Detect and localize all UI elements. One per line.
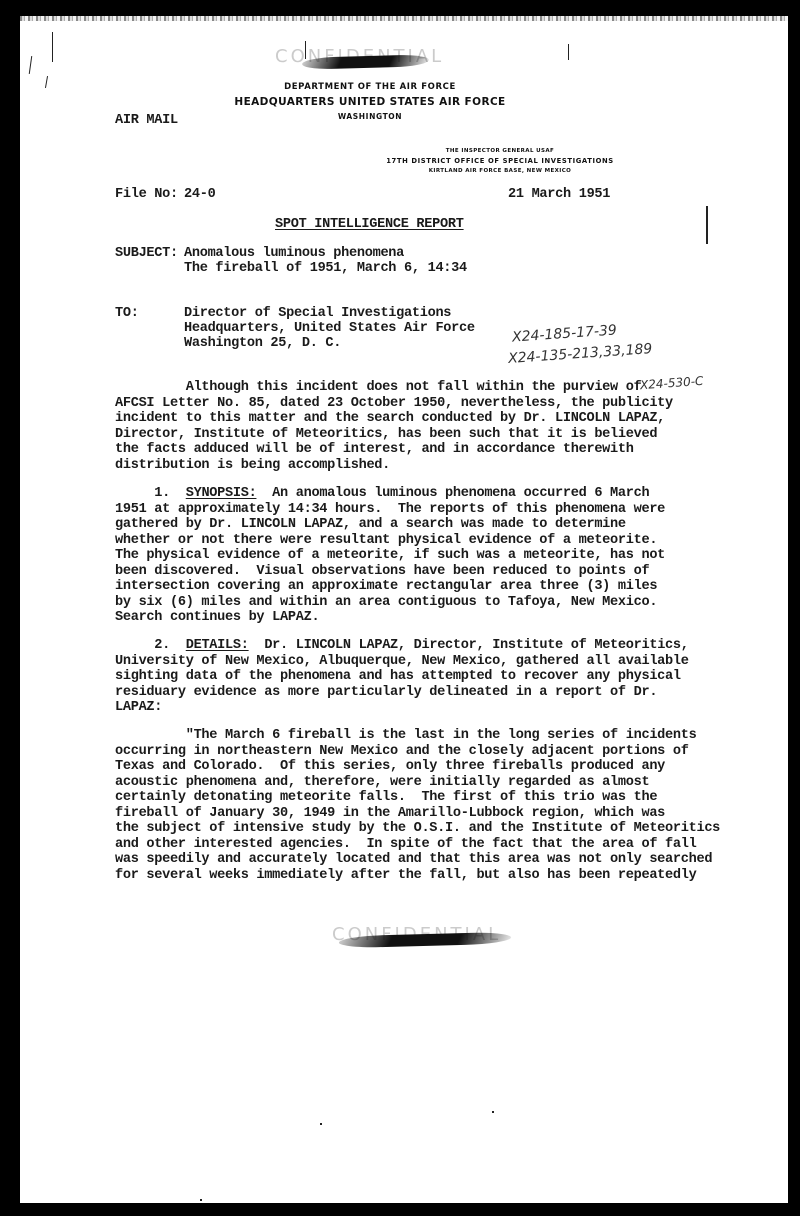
scan-edge-noise (20, 16, 788, 21)
margin-scratch (52, 32, 53, 62)
paragraph-line: by six (6) miles and within an area cont… (115, 595, 755, 611)
quote-paragraph: "The March 6 fireball is the last in the… (115, 728, 755, 883)
office-line-1: THE INSPECTOR GENERAL USAF (370, 148, 630, 154)
paragraph-line: University of New Mexico, Albuquerque, N… (115, 654, 755, 670)
paragraph-line: AFCSI Letter No. 85, dated 23 October 19… (115, 396, 755, 412)
paragraph-line: for several weeks immediately after the … (115, 868, 755, 884)
paragraph-line: "The March 6 fireball is the last in the… (115, 728, 755, 744)
paragraph-line: and other interested agencies. In spite … (115, 837, 755, 853)
paragraph-line: gathered by Dr. LINCOLN LAPAZ, and a sea… (115, 517, 755, 533)
margin-mark (568, 44, 569, 60)
paragraph-line: Director, Institute of Meteoritics, has … (115, 427, 755, 443)
details-number: 2. (154, 638, 170, 653)
letterhead-department: DEPARTMENT OF THE AIR FORCE (20, 82, 720, 92)
to-line-3: Washington 25, D. C. (184, 336, 341, 351)
stamp-tick-mark (305, 41, 306, 59)
margin-scratch (29, 56, 32, 74)
subject-line-1: Anomalous luminous phenomena (184, 246, 404, 261)
synopsis-heading: SYNOPSIS: (186, 486, 257, 501)
paragraph-line: acoustic phenomena and, therefore, were … (115, 775, 755, 791)
paragraph-line: was speedily and accurately located and … (115, 852, 755, 868)
file-no-value: 24-0 (184, 187, 215, 202)
document-page: CONFIDENTIAL DEPARTMENT OF THE AIR FORCE… (20, 16, 788, 1203)
to-line-1: Director of Special Investigations (184, 306, 451, 321)
handwritten-note-2: X24-135-213,33,189 (508, 341, 653, 367)
letterhead-headquarters: HEADQUARTERS UNITED STATES AIR FORCE (20, 96, 720, 108)
paragraph-line: been discovered. Visual observations hav… (115, 564, 755, 580)
scan-speck (320, 1123, 322, 1125)
paragraph-line: certainly detonating meteorite falls. Th… (115, 790, 755, 806)
paragraph-line: residuary evidence as more particularly … (115, 685, 755, 701)
scan-speck (200, 1199, 202, 1201)
details-first-line: 2. DETAILS: Dr. LINCOLN LAPAZ, Director,… (115, 638, 755, 654)
paragraph-line: incident to this matter and the search c… (115, 411, 755, 427)
subject-line-2: The fireball of 1951, March 6, 14:34 (184, 261, 467, 276)
paragraph-line: intersection covering an approximate rec… (115, 579, 755, 595)
synopsis-first-line: 1. SYNOPSIS: An anomalous luminous pheno… (115, 486, 755, 502)
report-title: SPOT INTELLIGENCE REPORT (275, 217, 464, 232)
paragraph-line: the subject of intensive study by the O.… (115, 821, 755, 837)
paragraph-line: Although this incident does not fall wit… (115, 380, 755, 396)
paragraph-line: LAPAZ: (115, 700, 755, 716)
paragraph-line: occurring in northeastern New Mexico and… (115, 744, 755, 760)
subject-label: SUBJECT: (115, 246, 178, 261)
synopsis-section: 1. SYNOPSIS: An anomalous luminous pheno… (115, 486, 755, 626)
details-first-text: Dr. LINCOLN LAPAZ, Director, Institute o… (249, 638, 689, 653)
margin-mark (706, 206, 708, 244)
office-line-3: KIRTLAND AIR FORCE BASE, NEW MEXICO (370, 168, 630, 174)
mail-type: AIR MAIL (115, 113, 178, 128)
report-date: 21 March 1951 (508, 187, 610, 202)
file-no-label: File No: (115, 187, 178, 202)
to-line-2: Headquarters, United States Air Force (184, 321, 475, 336)
scan-speck (492, 1111, 494, 1113)
paragraph-line: fireball of January 30, 1949 in the Amar… (115, 806, 755, 822)
intro-paragraph: Although this incident does not fall wit… (115, 380, 755, 473)
paragraph-line: Texas and Colorado. Of this series, only… (115, 759, 755, 775)
paragraph-line: Search continues by LAPAZ. (115, 610, 755, 626)
details-section: 2. DETAILS: Dr. LINCOLN LAPAZ, Director,… (115, 638, 755, 716)
paragraph-line: the facts adduced will be of interest, a… (115, 442, 755, 458)
synopsis-first-text: An anomalous luminous phenomena occurred… (256, 486, 649, 501)
to-label: TO: (115, 306, 139, 321)
paragraph-line: 1951 at approximately 14:34 hours. The r… (115, 502, 755, 518)
handwritten-note-1: X24-185-17-39 (512, 322, 618, 345)
synopsis-number: 1. (154, 486, 170, 501)
paragraph-line: The physical evidence of a meteorite, if… (115, 548, 755, 564)
paragraph-line: whether or not there were resultant phys… (115, 533, 755, 549)
details-heading: DETAILS: (186, 638, 249, 653)
paragraph-line: distribution is being accomplished. (115, 458, 755, 474)
paragraph-line: sighting data of the phenomena and has a… (115, 669, 755, 685)
office-line-2: 17TH DISTRICT OFFICE OF SPECIAL INVESTIG… (370, 157, 630, 165)
